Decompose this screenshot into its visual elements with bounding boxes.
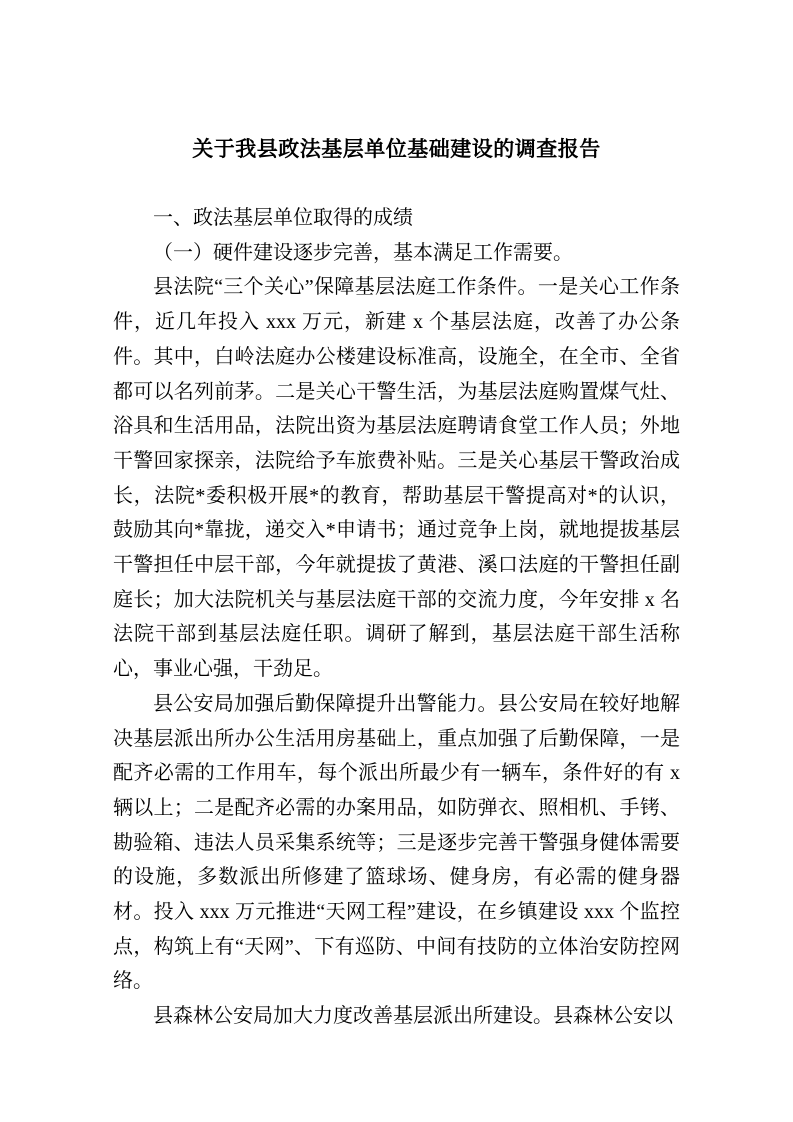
paragraph-county-court: 县法院“三个关心”保障基层法庭工作条件。一是关心工作条件，近几年投入 xxx 万… (113, 270, 680, 686)
document-title: 关于我县政法基层单位基础建设的调查报告 (113, 130, 680, 170)
paragraph-forest-public-security: 县森林公安局加大力度改善基层派出所建设。县森林公安以 (113, 999, 680, 1034)
paragraph-public-security-bureau: 县公安局加强后勤保障提升出警能力。县公安局在较好地解决基层派出所办公生活用房基础… (113, 687, 680, 999)
section-heading: 一、政法基层单位取得的成绩 (113, 201, 680, 236)
document-body: 一、政法基层单位取得的成绩 （一）硬件建设逐步完善，基本满足工作需要。 县法院“… (113, 201, 680, 1034)
subsection-heading: （一）硬件建设逐步完善，基本满足工作需要。 (113, 236, 680, 271)
document-page: 关于我县政法基层单位基础建设的调查报告 一、政法基层单位取得的成绩 （一）硬件建… (0, 0, 793, 1122)
